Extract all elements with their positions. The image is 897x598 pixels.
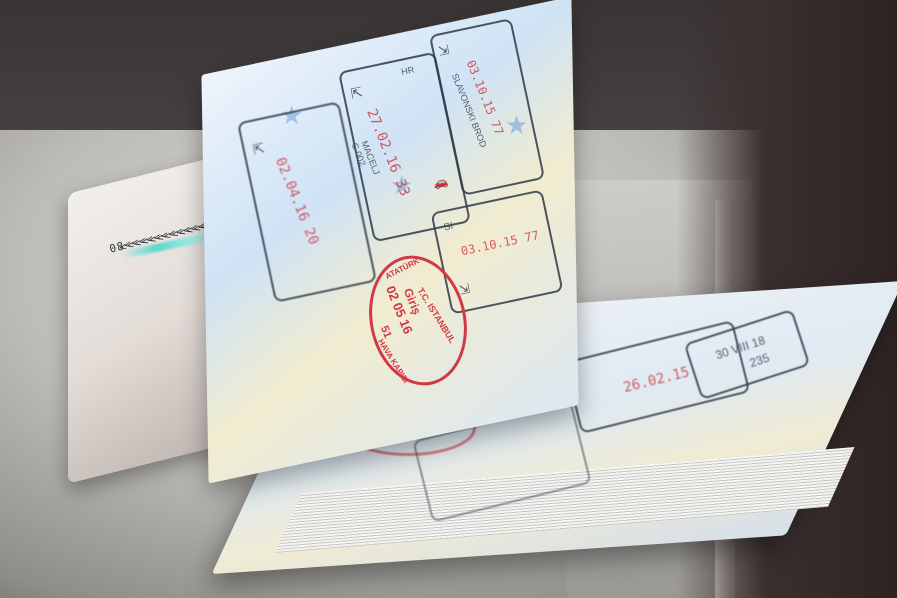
arrow-exit-icon: ⇱ — [251, 140, 266, 159]
country-code: HR — [400, 64, 415, 76]
country-code: SI — [443, 221, 455, 234]
stamp-top-text: T.C. ISTANBUL — [415, 286, 457, 345]
car-icon: 🚗 — [432, 174, 450, 191]
stamp-date: 26.02.15 — [622, 364, 691, 396]
stamp-date: 02.04.16 20 — [272, 155, 322, 247]
stamp-code: 235 — [748, 351, 771, 371]
arrow-exit-icon: ⇱ — [349, 84, 364, 103]
arrow-entry-icon: ⇲ — [437, 42, 451, 60]
stamp-date: 03.10.15 77 — [460, 228, 541, 258]
stamp-code: 51 — [378, 324, 394, 340]
